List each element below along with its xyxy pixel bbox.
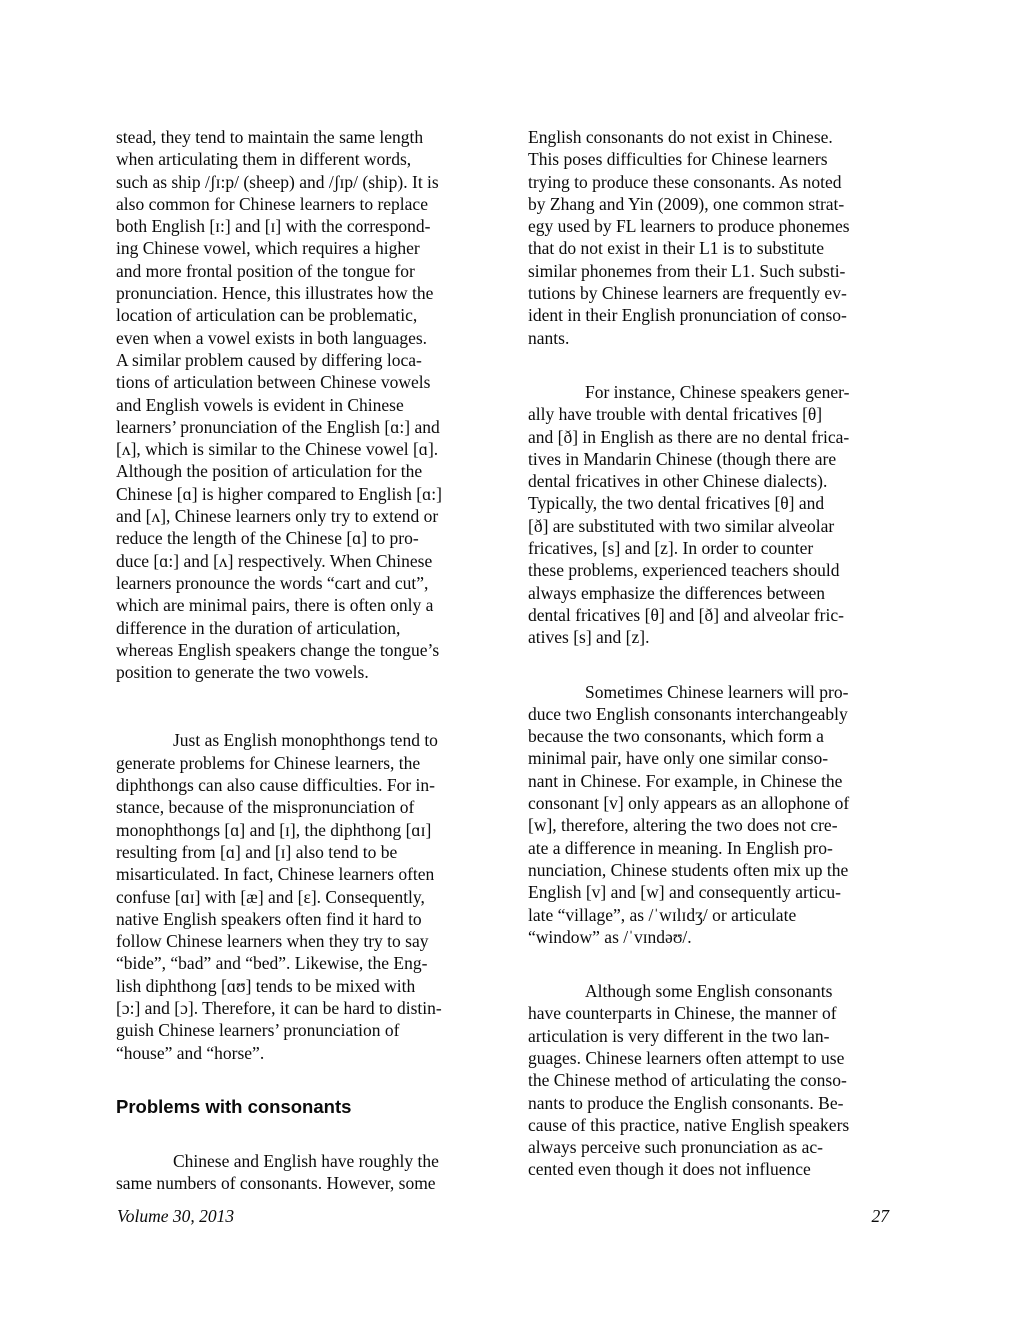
- journal-volume: Volume 30, 2013: [117, 1204, 234, 1228]
- paragraph-diphthongs: Just as English monophthongs tend to gen…: [116, 729, 514, 1063]
- paragraph-dental-fricatives: For instance, Chinese speakers gener- al…: [528, 381, 944, 649]
- paragraph-substitution-strategy: English consonants do not exist in Chine…: [528, 126, 944, 349]
- page-number: 27: [872, 1204, 890, 1228]
- paragraph-minimal-pairs: Sometimes Chinese learners will pro- duc…: [528, 681, 944, 949]
- left-column: stead, they tend to maintain the same le…: [116, 126, 514, 1226]
- section-heading-problems-with-consonants: Problems with consonants: [116, 1096, 514, 1118]
- paragraph-consonant-numbers: Chinese and English have roughly the sam…: [116, 1150, 514, 1195]
- page-footer: Volume 30, 2013 27: [117, 1204, 889, 1228]
- right-column: English consonants do not exist in Chine…: [528, 126, 944, 1213]
- paragraph-vowel-length: stead, they tend to maintain the same le…: [116, 126, 514, 683]
- paragraph-manner-of-articulation: Although some English consonants have co…: [528, 980, 944, 1181]
- page: stead, they tend to maintain the same le…: [0, 0, 1024, 1325]
